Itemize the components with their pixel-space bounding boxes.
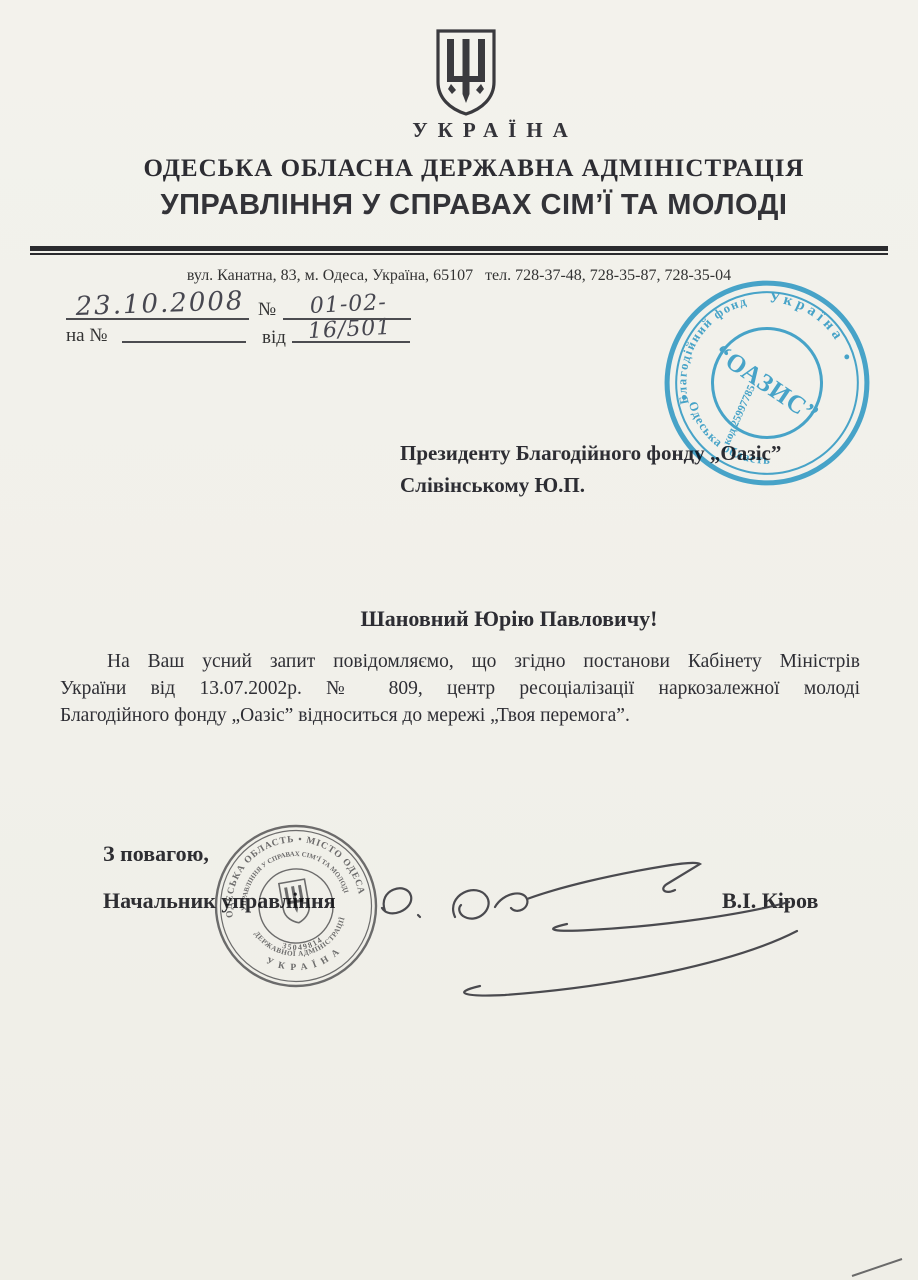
reply-to-label: на №: [66, 325, 107, 347]
handwritten-signature: [355, 835, 815, 1010]
from-date-label: від: [262, 327, 286, 349]
body-line: України від 13.07.2002р. № 809, центр ре…: [60, 675, 860, 702]
blank-line: [292, 341, 410, 343]
number-label: №: [258, 299, 276, 321]
svg-text:ОДЕСЬКА ОБЛАСТЬ • МІСТО ОДЕСА: ОДЕСЬКА ОБЛАСТЬ • МІСТО ОДЕСА: [214, 824, 366, 919]
handwritten-date: 23.10.2008: [70, 286, 251, 322]
blank-line: [66, 318, 249, 320]
letter-page: УКРАЇНА ОДЕСЬКА ОБЛАСНА ДЕРЖАВНА АДМІНІС…: [0, 0, 918, 1280]
blank-line: [283, 318, 411, 320]
seal-ring-top: ОДЕСЬКА ОБЛАСТЬ • МІСТО ОДЕСА: [214, 824, 366, 919]
organization-name: ОДЕСЬКА ОБЛАСНА ДЕРЖАВНА АДМІНІСТРАЦІЯ: [30, 155, 918, 183]
country-label: УКРАЇНА: [62, 118, 918, 143]
stamp-center-name: “ОАЗИС”: [709, 340, 823, 429]
blank-line: [122, 341, 246, 343]
stamp-code: код 25997785: [721, 383, 758, 447]
department-name: УПРАВЛІННЯ У СПРАВАХ СІМ’Ї ТА МОЛОДІ: [30, 189, 918, 222]
closing-phrase: З повагою,: [103, 841, 209, 867]
salutation: Шановний Юрію Павловичу!: [160, 606, 858, 632]
scan-artifact-line: [850, 1254, 906, 1280]
body-line: Благодійного фонду „Оазіс” відноситься д…: [60, 702, 860, 729]
body-line: На Ваш усний запит повідомляємо, що згід…: [60, 648, 860, 675]
ukraine-trident-icon: [431, 26, 501, 118]
header-divider: [30, 246, 888, 255]
seal-trident-shield-icon: [279, 879, 312, 925]
handwritten-number: 01-02-16/501: [283, 289, 415, 346]
